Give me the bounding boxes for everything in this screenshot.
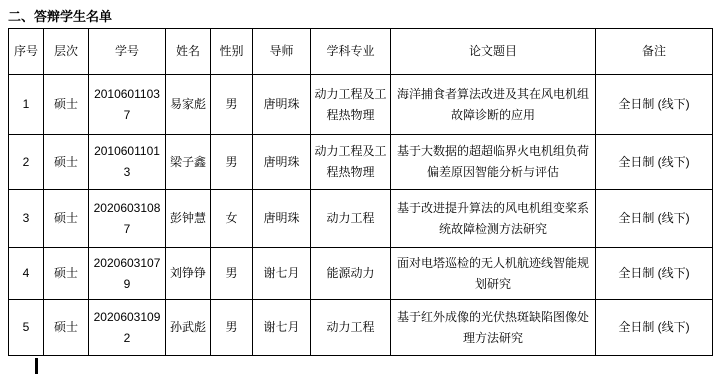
cell-level: 硕士 [44,300,89,356]
cell-level: 硕士 [44,135,89,190]
header-supervisor: 导师 [253,29,311,75]
cell-index: 5 [9,300,44,356]
cell-remark: 全日制 (线下) [596,190,713,248]
header-gender: 性别 [211,29,253,75]
cell-major: 能源动力 [311,248,391,300]
student-table-body: 1硕士20106011037易家彪男唐明珠动力工程及工程热物理海洋捕食者算法改进… [9,75,713,356]
header-student-id: 学号 [89,29,166,75]
cell-index: 4 [9,248,44,300]
cell-student-id: 20206031087 [89,190,166,248]
cell-supervisor: 谢七月 [253,300,311,356]
document-page: 二、答辩学生名单 序号 层次 学号 姓名 性别 导师 学科专业 论文题目 备注 [0,0,717,374]
cell-index: 3 [9,190,44,248]
cell-student-id: 20206031092 [89,300,166,356]
cell-thesis-title: 基于大数据的超超临界火电机组负荷偏差原因智能分析与评估 [391,135,596,190]
cell-student-id: 20106011037 [89,75,166,135]
table-row: 3硕士20206031087彭钟慧女唐明珠动力工程基于改进提升算法的风电机组变桨… [9,190,713,248]
cell-index: 2 [9,135,44,190]
cell-major: 动力工程及工程热物理 [311,135,391,190]
table-row: 2硕士20106011013梁子鑫男唐明珠动力工程及工程热物理基于大数据的超超临… [9,135,713,190]
cell-major: 动力工程 [311,300,391,356]
cell-supervisor: 唐明珠 [253,75,311,135]
cell-name: 孙武彪 [166,300,211,356]
header-level: 层次 [44,29,89,75]
cell-remark: 全日制 (线下) [596,75,713,135]
header-name: 姓名 [166,29,211,75]
cell-thesis-title: 海洋捕食者算法改进及其在风电机组故障诊断的应用 [391,75,596,135]
cell-remark: 全日制 (线下) [596,300,713,356]
cell-major: 动力工程 [311,190,391,248]
header-index: 序号 [9,29,44,75]
cell-student-id: 20206031079 [89,248,166,300]
table-row: 4硕士20206031079刘铮铮男谢七月能源动力面对电塔巡检的无人机航迹线智能… [9,248,713,300]
cell-index: 1 [9,75,44,135]
cell-remark: 全日制 (线下) [596,248,713,300]
cell-gender: 女 [211,190,253,248]
header-major: 学科专业 [311,29,391,75]
cell-name: 易家彪 [166,75,211,135]
header-remark: 备注 [596,29,713,75]
defense-students-table: 序号 层次 学号 姓名 性别 导师 学科专业 论文题目 备注 1硕士201060… [8,28,713,356]
cell-level: 硕士 [44,248,89,300]
section-title: 二、答辩学生名单 [8,6,112,25]
cell-major: 动力工程及工程热物理 [311,75,391,135]
cell-student-id: 20106011013 [89,135,166,190]
cell-thesis-title: 面对电塔巡检的无人机航迹线智能规划研究 [391,248,596,300]
table-header-row: 序号 层次 学号 姓名 性别 导师 学科专业 论文题目 备注 [9,29,713,75]
cell-level: 硕士 [44,190,89,248]
cell-name: 刘铮铮 [166,248,211,300]
cell-thesis-title: 基于红外成像的光伏热斑缺陷图像处理方法研究 [391,300,596,356]
cell-level: 硕士 [44,75,89,135]
table-row: 5硕士20206031092孙武彪男谢七月动力工程基于红外成像的光伏热斑缺陷图像… [9,300,713,356]
cell-supervisor: 唐明珠 [253,190,311,248]
cell-gender: 男 [211,135,253,190]
cell-supervisor: 唐明珠 [253,135,311,190]
cell-supervisor: 谢七月 [253,248,311,300]
table-row: 1硕士20106011037易家彪男唐明珠动力工程及工程热物理海洋捕食者算法改进… [9,75,713,135]
cell-gender: 男 [211,300,253,356]
cell-name: 彭钟慧 [166,190,211,248]
text-cursor [35,358,38,374]
cell-name: 梁子鑫 [166,135,211,190]
cell-gender: 男 [211,75,253,135]
cell-gender: 男 [211,248,253,300]
cell-thesis-title: 基于改进提升算法的风电机组变桨系统故障检测方法研究 [391,190,596,248]
header-thesis-title: 论文题目 [391,29,596,75]
cell-remark: 全日制 (线下) [596,135,713,190]
